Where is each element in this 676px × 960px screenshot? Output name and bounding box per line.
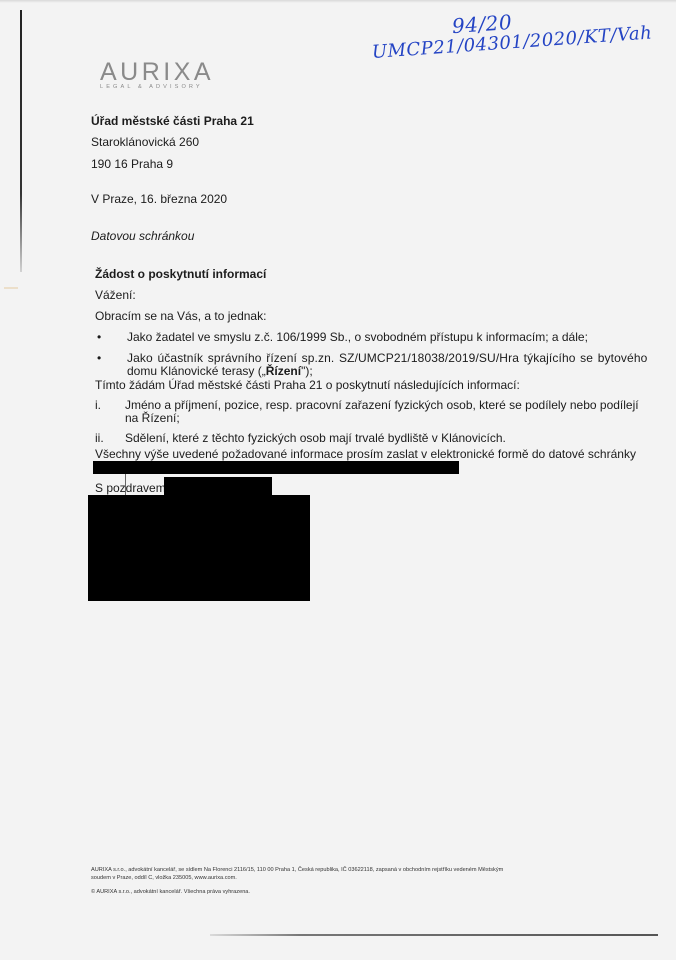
company-logo: AURIXA Legal & Advisory [100,61,226,90]
bullet-icon: • [97,330,101,344]
closing: S pozdravem. [95,481,169,495]
bullet-item-1: Jako žadatel ve smyslu z.č. 106/1999 Sb.… [127,330,588,344]
logo-wordmark: AURIXA [100,61,226,83]
delivery-method: Datovou schránkou [91,229,194,243]
footer-copyright: © AURIXA s.r.o., advokátní kancelář. Vše… [91,888,250,896]
scan-artifact-bottom-line [210,934,658,936]
redacted-signature-block [88,495,310,601]
defined-term: Řízení [266,364,301,378]
bullet-item-2-line-1: Jako účastník správního řízení sp.zn. SZ… [127,351,647,365]
scan-top-shade [0,0,676,3]
request-item-1-line-2: na Řízení; [125,411,180,425]
scan-artifact-speck [4,287,18,289]
date-line: V Praze, 16. března 2020 [91,192,227,206]
redacted-signer-name [164,477,272,496]
recipient-street: Staroklánovická 260 [91,135,199,149]
bullet-item-2-line-2: domu Klánovické terasy („Řízení"); [127,364,313,378]
bullet-icon: • [97,351,101,365]
scan-artifact-left-line [20,10,22,272]
redacted-data-box-id [93,461,459,474]
scan-artifact-mark [125,474,126,496]
recipient-name: Úřad městské části Praha 21 [91,114,254,128]
request-item-1-line-1: Jméno a příjmení, pozice, resp. pracovní… [125,398,639,412]
request-item-2: Sdělení, které z těchto fyzických osob m… [125,431,506,445]
recipient-city: 190 16 Praha 9 [91,157,173,171]
request-intro: Tímto žádám Úřad městské části Praha 21 … [95,378,520,392]
bullet-text: domu Klánovické terasy („ [127,364,266,378]
request-marker: ii. [95,431,104,445]
request-marker: i. [95,398,101,412]
subject-heading: Žádost o poskytnutí informací [95,267,266,281]
footer-company-info-line-2: soudem v Praze, oddíl C, vložka 235005, … [91,874,237,882]
closing-request: Všechny výše uvedené požadované informac… [95,447,636,461]
footer-company-info-line-1: AURIXA s.r.o., advokátní kancelář, se sí… [91,866,503,874]
salutation: Vážení: [95,288,136,302]
bullet-text: "); [301,364,313,378]
intro-line: Obracím se na Vás, a to jednak: [95,309,266,323]
